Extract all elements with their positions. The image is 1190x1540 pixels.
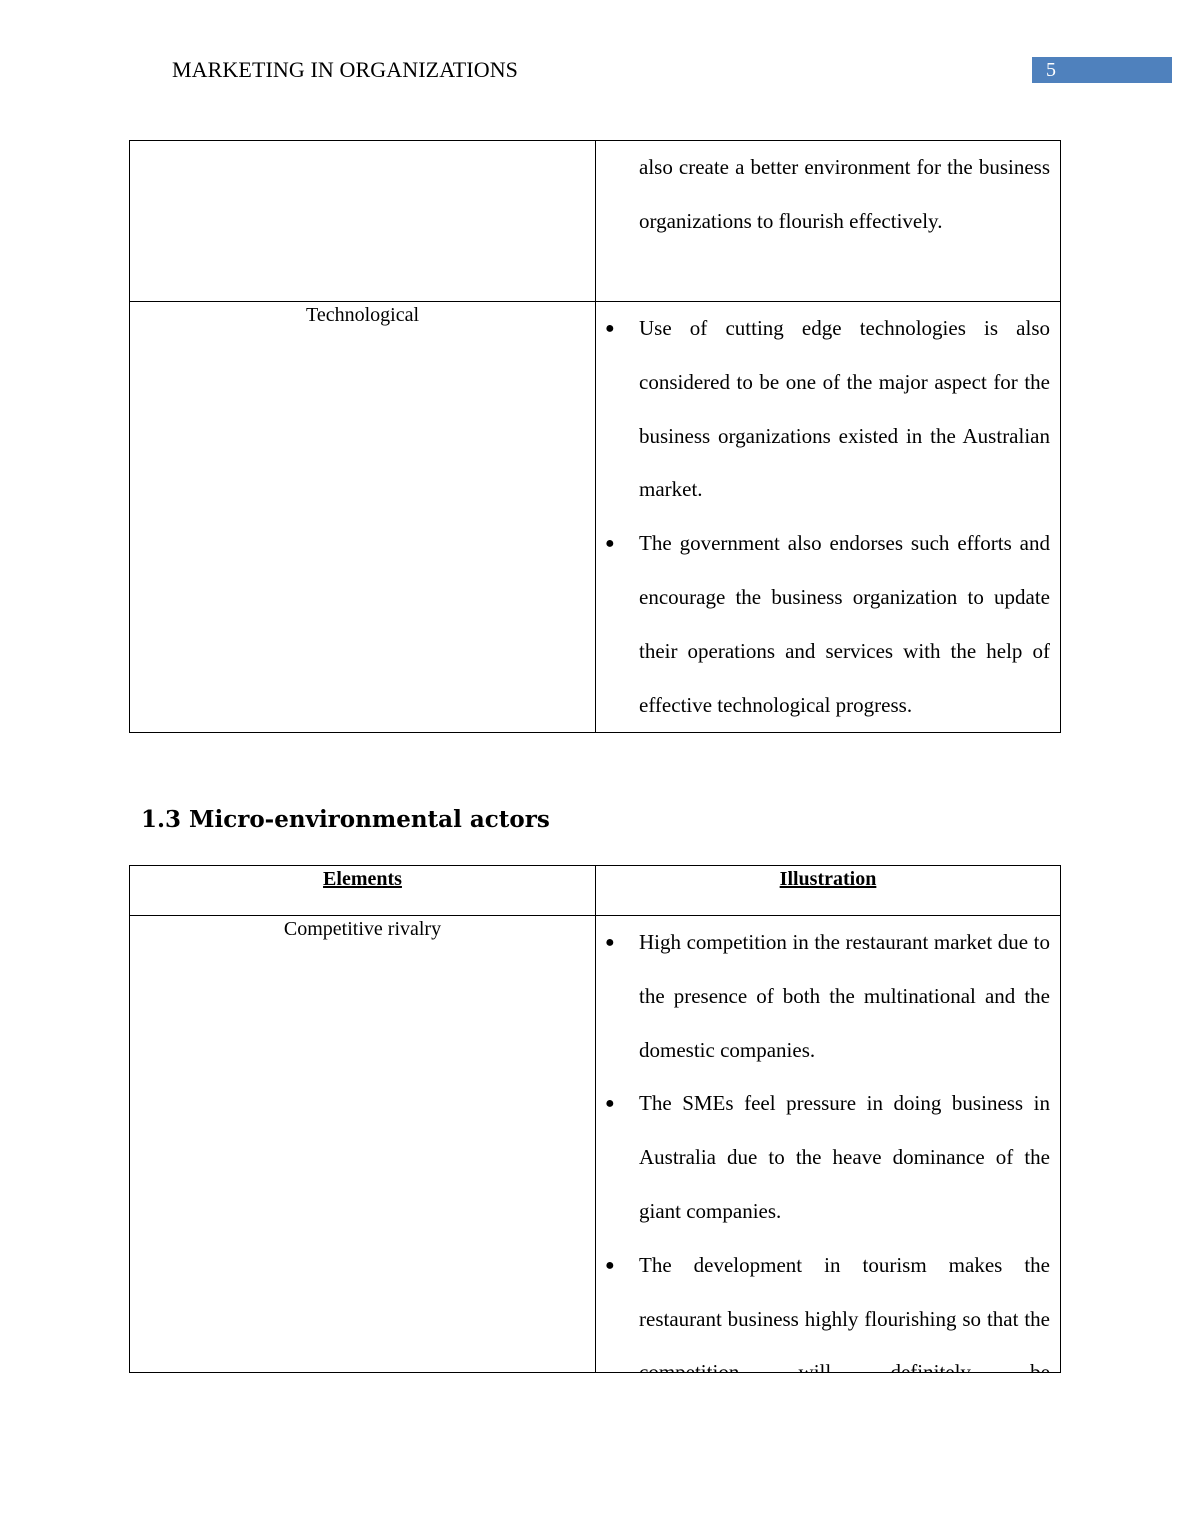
element-technological: Technological: [130, 302, 595, 327]
header-illustration: Illustration: [596, 866, 1061, 916]
macro-environment-table-continued: also create a better environment for the…: [129, 140, 1061, 733]
header-elements: Elements: [130, 866, 596, 916]
list-item: ●The government also endorses such effor…: [639, 517, 1050, 732]
element-cell: Technological: [130, 302, 596, 733]
list-item: ●The development in tourism makes the re…: [639, 1239, 1050, 1372]
element-cell: [130, 141, 596, 302]
bullet-icon: ●: [605, 302, 615, 356]
bullet-list: ●Use of cutting edge technologies is als…: [596, 302, 1060, 732]
bullet-icon: ●: [605, 1077, 615, 1131]
bullet-list: ●High competition in the restaurant mark…: [596, 916, 1060, 1372]
list-item: ●Use of cutting edge technologies is als…: [639, 302, 1050, 517]
bullet-icon: ●: [605, 916, 615, 970]
table-header-row: Elements Illustration: [130, 866, 1061, 916]
illustration-cell: ●Use of cutting edge technologies is als…: [596, 302, 1061, 733]
illustration-cell: ●High competition in the restaurant mark…: [596, 916, 1061, 1373]
page-number-badge: 5: [1032, 57, 1172, 83]
table-row: also create a better environment for the…: [130, 141, 1061, 302]
bullet-icon: ●: [605, 1239, 615, 1293]
element-competitive-rivalry: Competitive rivalry: [130, 916, 595, 941]
running-header-title: MARKETING IN ORGANIZATIONS: [172, 57, 518, 83]
bullet-icon: ●: [605, 517, 615, 571]
table-row: Competitive rivalry ●High competition in…: [130, 916, 1061, 1373]
list-item: ●The SMEs feel pressure in doing busines…: [639, 1077, 1050, 1238]
table-row: Technological ●Use of cutting edge techn…: [130, 302, 1061, 733]
list-item: ●High competition in the restaurant mark…: [639, 916, 1050, 1077]
continued-paragraph: also create a better environment for the…: [639, 141, 1050, 249]
micro-environment-table: Elements Illustration Competitive rivalr…: [129, 865, 1061, 1373]
element-cell: Competitive rivalry: [130, 916, 596, 1373]
section-heading: 1.3 Micro-environmental actors: [141, 806, 550, 833]
illustration-cell: also create a better environment for the…: [596, 141, 1061, 302]
